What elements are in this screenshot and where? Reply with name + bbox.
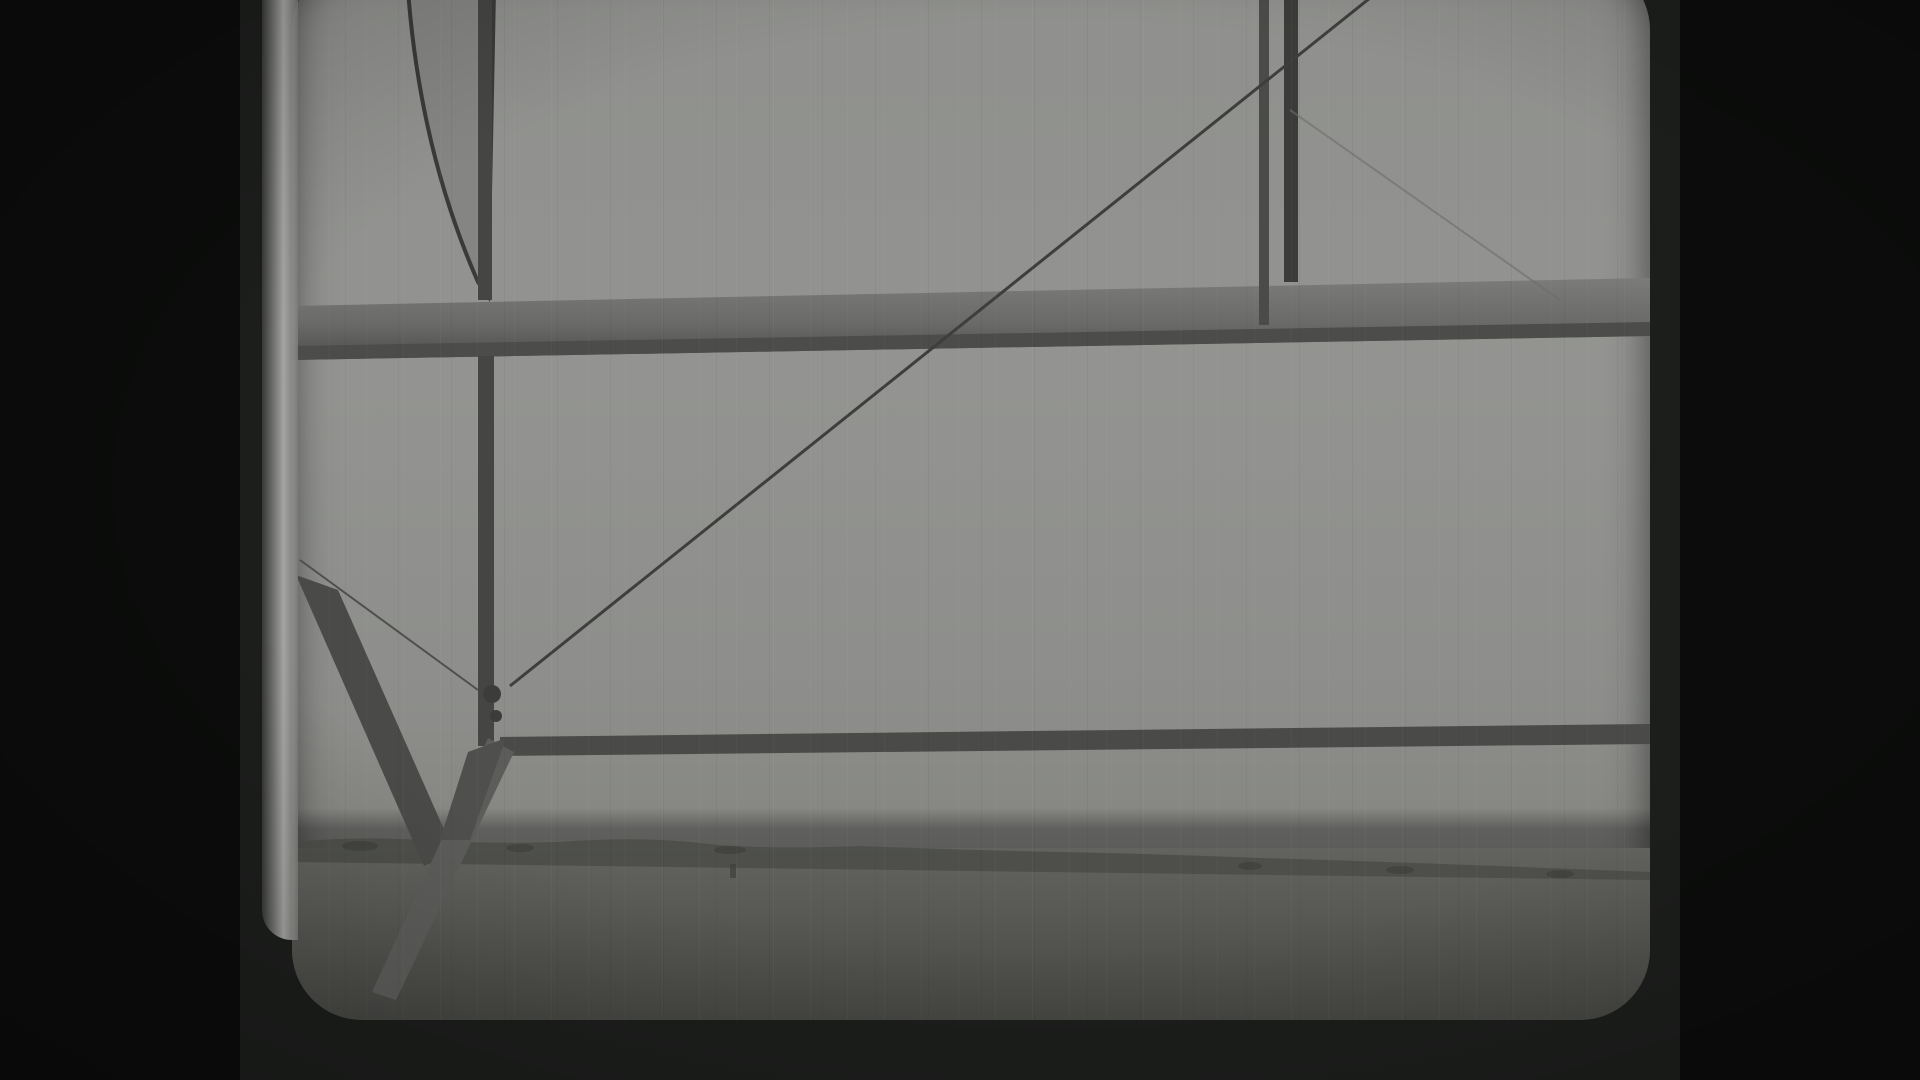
vertical-strut-right-thin [1259, 0, 1269, 325]
vertical-strut-right-thick [1284, 0, 1298, 282]
diagonal-lower-strut [296, 575, 454, 866]
lower-wing-spar [500, 724, 1650, 756]
vertical-strut-left [478, 0, 492, 300]
left-window-edge [262, 0, 298, 940]
film-frame [0, 0, 1920, 1080]
